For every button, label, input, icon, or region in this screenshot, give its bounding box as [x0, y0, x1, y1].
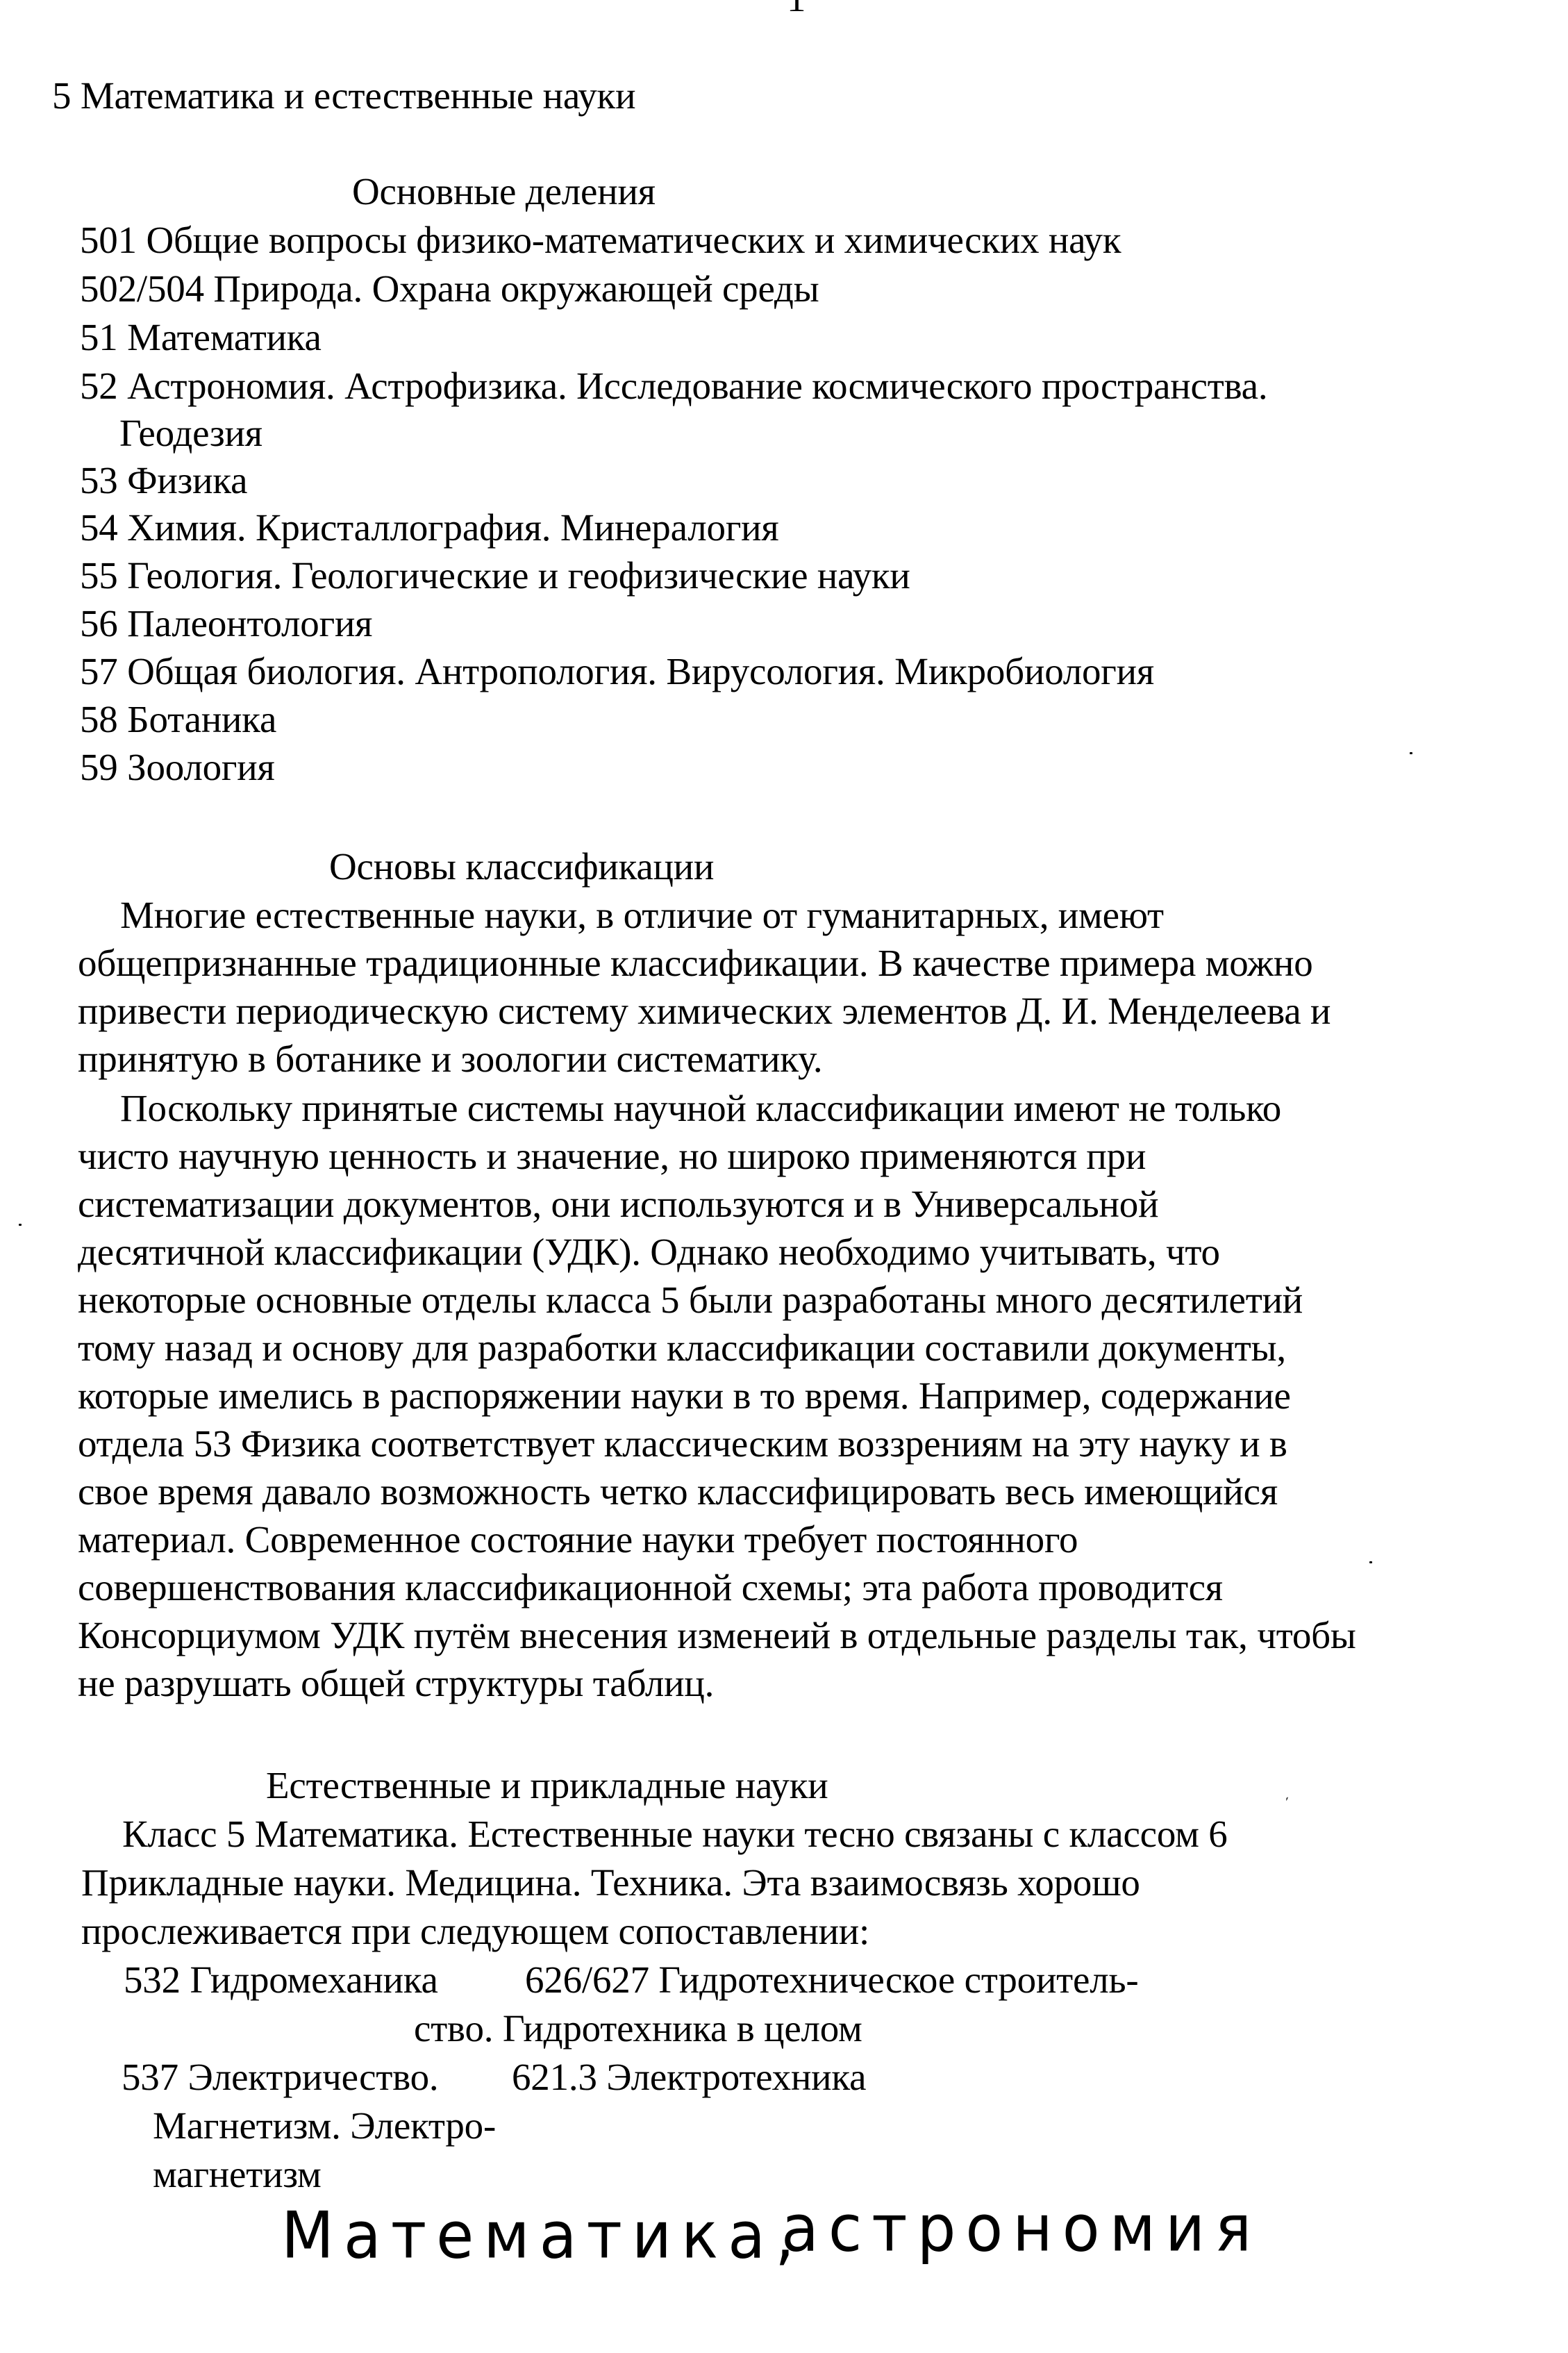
paragraph-line: Консорциумом УДК путём внесения изменеий… [78, 1616, 1356, 1654]
paragraph-line: общепризнанные традиционные классификаци… [78, 944, 1313, 982]
comparison-left-continuation: Магнетизм. Электро- [153, 2106, 496, 2145]
comparison-left-continuation: магнетизм [153, 2155, 322, 2193]
paragraph-line: некоторые основные отделы класса 5 были … [78, 1281, 1303, 1319]
division-item-54: 54 Химия. Кристаллография. Минералогия [80, 508, 779, 547]
scan-speck [19, 1224, 22, 1226]
paragraph-line: которые имелись в распоряжении науки в т… [78, 1377, 1291, 1415]
division-item-51: 51 Математика [80, 318, 322, 356]
paragraph-line: десятичной классификации (УДК). Однако н… [78, 1233, 1220, 1271]
paragraph-line: Класс 5 Математика. Естественные науки т… [122, 1815, 1228, 1853]
handwritten-text-part2: астрономия [781, 2197, 1261, 2261]
paragraph-line: совершенствования классификационной схем… [78, 1568, 1223, 1606]
paragraph-line: Многие естественные науки, в отличие от … [120, 896, 1164, 934]
comparison-right: 621.3 Электротехника [512, 2058, 866, 2096]
section-heading-natural-applied: Естественные и прикладные науки [266, 1766, 828, 1804]
section-heading-classification-basics: Основы классификации [329, 847, 714, 886]
comparison-right: 626/627 Гидротехническое строитель- [525, 1961, 1138, 1999]
division-item-52: 52 Астрономия. Астрофизика. Исследование… [80, 367, 1267, 405]
division-item-53: 53 Физика [80, 461, 247, 499]
comparison-right-continuation: ство. Гидротехника в целом [414, 2009, 862, 2047]
comparison-left: 532 Гидромеханика [124, 1961, 438, 1999]
comparison-left: 537 Электричество. [122, 2058, 438, 2096]
handwritten-text-part1: Математика, [281, 2204, 804, 2268]
page-title: 5 Математика и естественные науки [52, 76, 635, 115]
paragraph-line: материал. Современное состояние науки тр… [78, 1520, 1078, 1558]
division-item-56: 56 Палеонтология [80, 604, 372, 642]
paragraph-line: не разрушать общей структуры таблиц. [78, 1664, 714, 1702]
paragraph-line: отдела 53 Физика соответствует классичес… [78, 1424, 1287, 1463]
division-item-501: 501 Общие вопросы физико-математических … [80, 221, 1121, 259]
paragraph-line: принятую в ботанике и зоологии системати… [78, 1040, 822, 1078]
page-number: 1 [787, 0, 806, 17]
paragraph-line: тому назад и основу для разработки класс… [78, 1329, 1286, 1367]
paragraph-line: чисто научную ценность и значение, но ши… [78, 1137, 1146, 1175]
paragraph-line: Прикладные науки. Медицина. Техника. Эта… [81, 1863, 1140, 1902]
division-item-58: 58 Ботаника [80, 700, 276, 738]
division-item-55: 55 Геология. Геологические и геофизическ… [80, 556, 910, 595]
paragraph-line: привести периодическую систему химически… [78, 992, 1331, 1030]
section-heading-main-divisions: Основные деления [352, 172, 656, 210]
scan-speck [1369, 1561, 1372, 1563]
scan-speck [1410, 752, 1412, 754]
paragraph-line: свое время давало возможность четко клас… [78, 1472, 1278, 1511]
division-item-52-continuation: Геодезия [119, 414, 262, 452]
division-item-502-504: 502/504 Природа. Охрана окружающей среды [80, 269, 819, 308]
paragraph-line: прослеживается при следующем сопоставлен… [81, 1912, 869, 1950]
division-item-57: 57 Общая биология. Антропология. Вирусол… [80, 652, 1154, 690]
paragraph-line: Поскольку принятые системы научной класс… [120, 1089, 1281, 1127]
division-item-59: 59 Зоология [80, 748, 275, 786]
paragraph-line: систематизации документов, они использую… [78, 1185, 1158, 1223]
pencil-tick-mark: ˊ [1283, 1795, 1295, 1811]
